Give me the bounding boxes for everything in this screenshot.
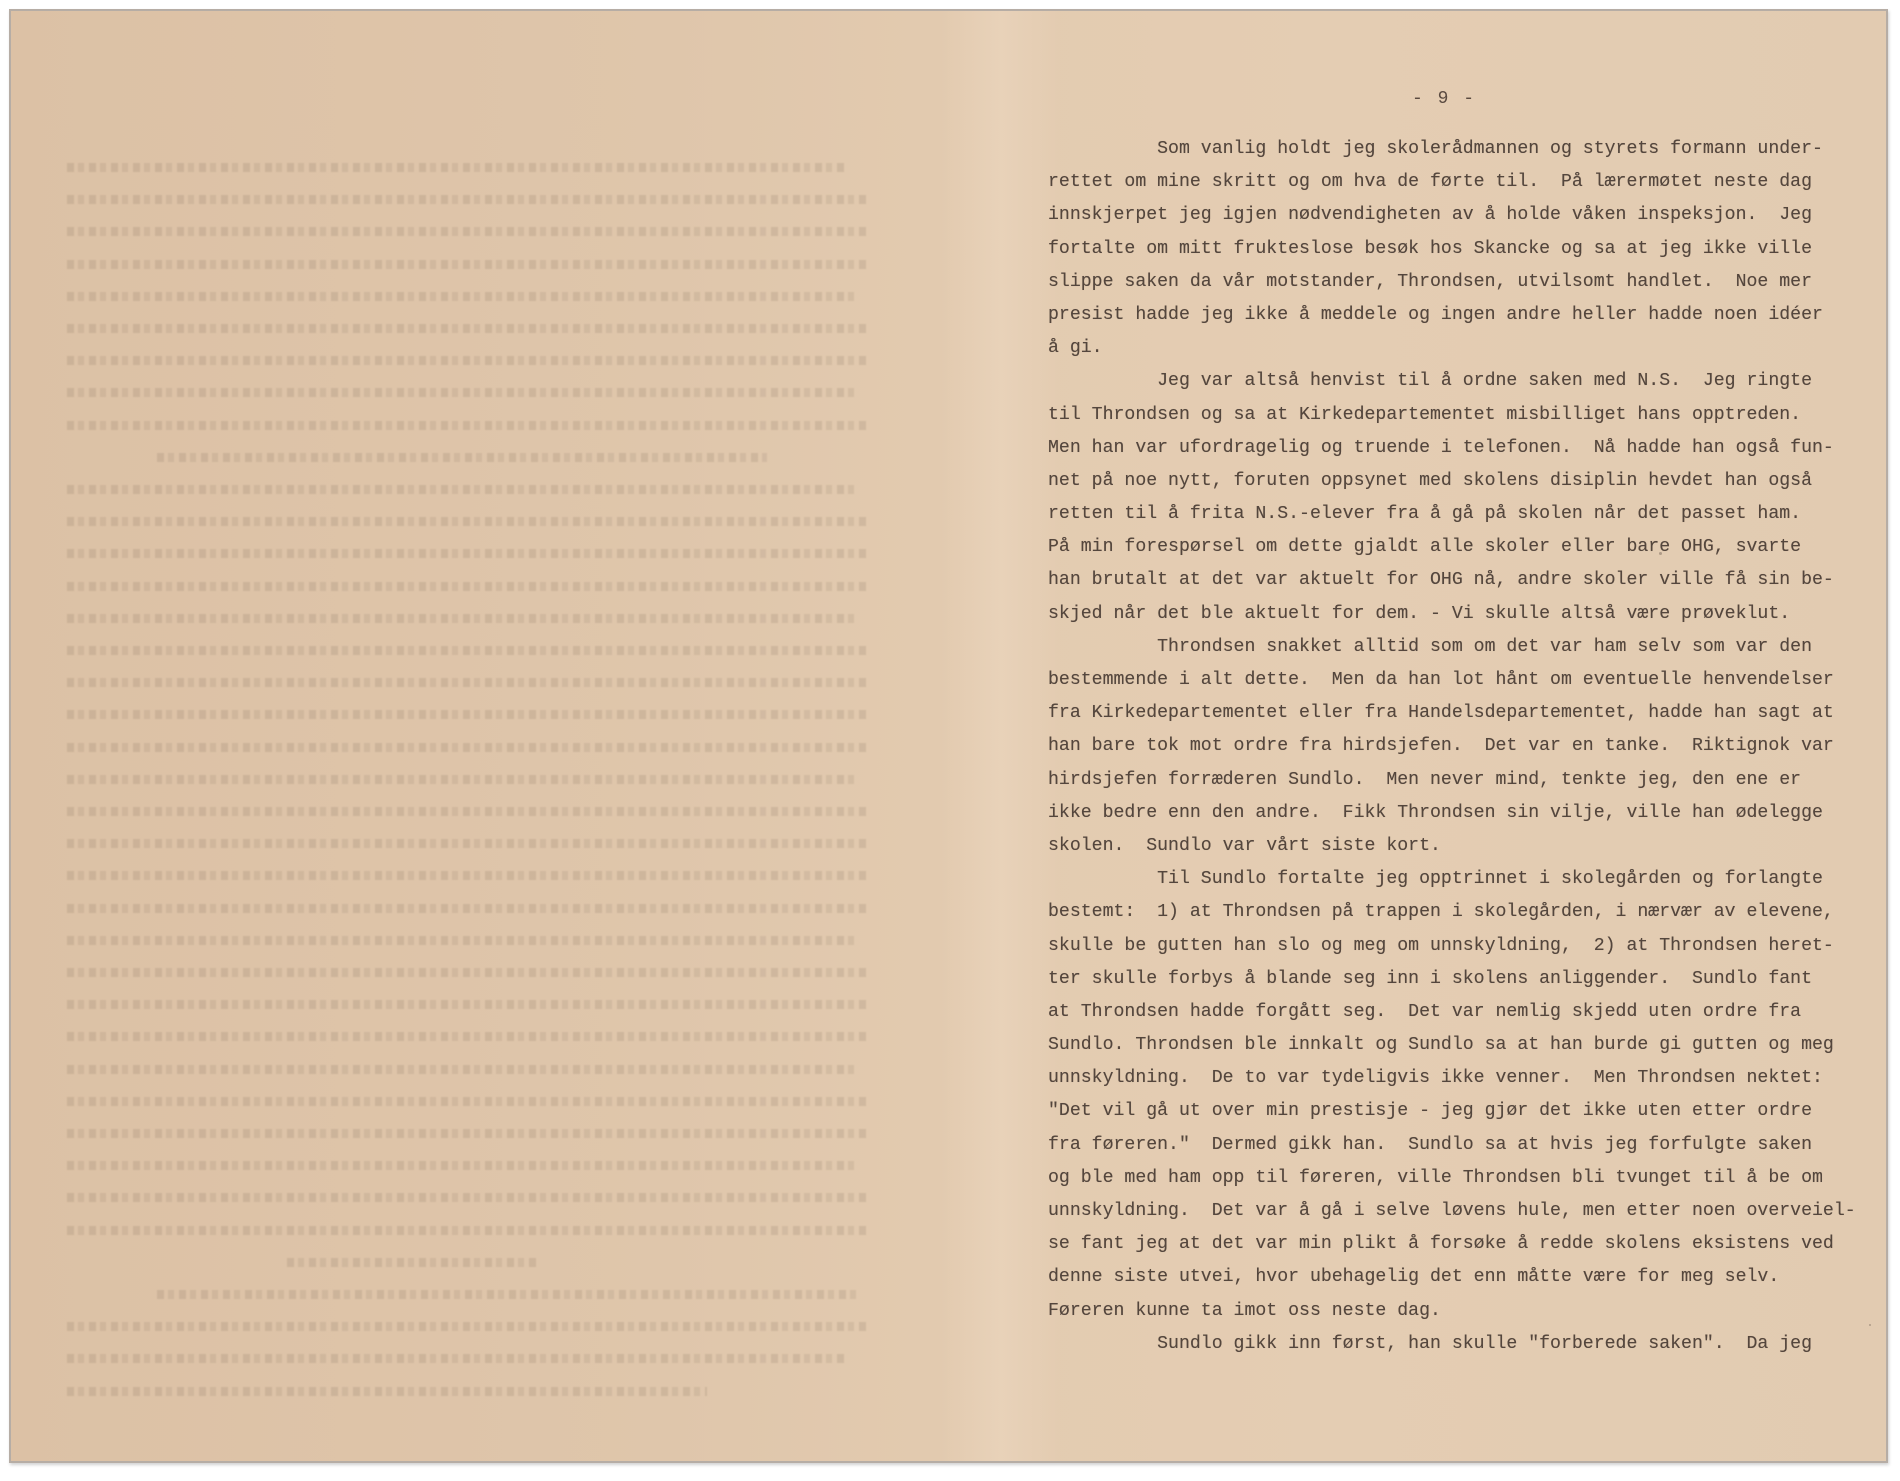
bleed-through-line [67, 356, 867, 365]
bleed-through-line [67, 1129, 867, 1138]
paragraph: Sundlo gikk inn først, han skulle "forbe… [1048, 1328, 1848, 1361]
text-line: hirdsjefen forræderen Sundlo. Men never … [1048, 764, 1848, 797]
bleed-through-line [67, 163, 847, 172]
text-line: net på noe nytt, foruten oppsynet med sk… [1048, 465, 1848, 498]
paragraph: Som vanlig holdt jeg skolerådmannen og s… [1048, 133, 1848, 365]
text-line: Men han var ufordragelig og truende i te… [1048, 432, 1848, 465]
page-number: - 9 - [1412, 89, 1476, 109]
bleed-through-line [287, 1258, 537, 1267]
bleed-through-line [67, 1226, 867, 1235]
bleed-through-line [67, 678, 867, 687]
text-line: han bare tok mot ordre fra hirdsjefen. D… [1048, 730, 1848, 763]
bleed-through-line [67, 388, 857, 397]
paragraph: Til Sundlo fortalte jeg opptrinnet i sko… [1048, 863, 1848, 1328]
text-line: presist hadde jeg ikke å meddele og inge… [1048, 299, 1848, 332]
bleed-through-line [67, 1322, 867, 1331]
bleed-through-line [67, 775, 857, 784]
text-line: slippe saken da vår motstander, Throndse… [1048, 266, 1848, 299]
text-line: han brutalt at det var aktuelt for OHG n… [1048, 564, 1848, 597]
bleed-through-line [67, 324, 867, 333]
bleed-through-line [67, 646, 867, 655]
bleed-through-line [67, 710, 867, 719]
bleed-through-line [157, 1290, 857, 1299]
text-line: Til Sundlo fortalte jeg opptrinnet i sko… [1048, 863, 1848, 896]
paper-speck [1869, 1324, 1871, 1326]
text-line: Jeg var altså henvist til å ordne saken … [1048, 365, 1848, 398]
bleed-through-line [67, 227, 867, 236]
bleed-through-line [67, 195, 867, 204]
text-line: rettet om mine skritt og om hva de førte… [1048, 166, 1848, 199]
text-line: bestemmende i alt dette. Men da han lot … [1048, 664, 1848, 697]
left-page-bleed-through [11, 11, 946, 1461]
text-line: Sundlo gikk inn først, han skulle "forbe… [1048, 1328, 1848, 1361]
text-line: ter skulle forbys å blande seg inn i sko… [1048, 963, 1848, 996]
bleed-through-line [67, 260, 867, 269]
bleed-through-line [67, 1161, 857, 1170]
text-line: Throndsen snakket alltid som om det var … [1048, 631, 1848, 664]
bleed-through-line [67, 1000, 867, 1009]
bleed-through-line [67, 582, 867, 591]
text-line: unnskyldning. De to var tydeligvis ikke … [1048, 1062, 1848, 1095]
text-line: Føreren kunne ta imot oss neste dag. [1048, 1295, 1848, 1328]
paragraph: Throndsen snakket alltid som om det var … [1048, 631, 1848, 863]
scanned-document-spread: - 9 - Som vanlig holdt jeg skolerådmanne… [9, 9, 1888, 1463]
bleed-through-line [67, 517, 867, 526]
bleed-through-line [67, 614, 857, 623]
text-line: fortalte om mitt frukteslose besøk hos S… [1048, 233, 1848, 266]
bleed-through-line [67, 1097, 867, 1106]
bleed-through-line [67, 968, 867, 977]
text-line: at Throndsen hadde forgått seg. Det var … [1048, 996, 1848, 1029]
bleed-through-line [67, 839, 867, 848]
bleed-through-line [67, 871, 867, 880]
bleed-through-line [67, 807, 867, 816]
text-line: bestemt: 1) at Throndsen på trappen i sk… [1048, 896, 1848, 929]
paragraph: Jeg var altså henvist til å ordne saken … [1048, 365, 1848, 631]
bleed-through-line [157, 453, 767, 462]
text-line: unnskyldning. Det var å gå i selve løven… [1048, 1195, 1848, 1228]
text-line: Som vanlig holdt jeg skolerådmannen og s… [1048, 133, 1848, 166]
bleed-through-line [67, 1354, 847, 1363]
bleed-through-line [67, 743, 867, 752]
text-line: På min forespørsel om dette gjaldt alle … [1048, 531, 1848, 564]
text-line: denne siste utvei, hvor ubehagelig det e… [1048, 1261, 1848, 1294]
text-line: ikke bedre enn den andre. Fikk Throndsen… [1048, 797, 1848, 830]
text-line: å gi. [1048, 332, 1848, 365]
text-line: skjed når det ble aktuelt for dem. - Vi … [1048, 598, 1848, 631]
bleed-through-line [67, 292, 857, 301]
typewritten-text-block: Som vanlig holdt jeg skolerådmannen og s… [1048, 133, 1848, 1361]
right-page: - 9 - Som vanlig holdt jeg skolerådmanne… [946, 11, 1886, 1461]
text-line: skolen. Sundlo var vårt siste kort. [1048, 830, 1848, 863]
bleed-through-line [67, 1193, 867, 1202]
text-line: Sundlo. Throndsen ble innkalt og Sundlo … [1048, 1029, 1848, 1062]
bleed-through-line [67, 549, 867, 558]
bleed-through-line [67, 904, 867, 913]
text-line: fra føreren." Dermed gikk han. Sundlo sa… [1048, 1129, 1848, 1162]
text-line: retten til å frita N.S.-elever fra å gå … [1048, 498, 1848, 531]
bleed-through-line [67, 1065, 857, 1074]
bleed-through-line [67, 1032, 867, 1041]
text-line: skulle be gutten han slo og meg om unnsk… [1048, 930, 1848, 963]
text-line: fra Kirkedepartementet eller fra Handels… [1048, 697, 1848, 730]
bleed-through-line [67, 421, 867, 430]
bleed-through-line [67, 936, 857, 945]
text-line: til Throndsen og sa at Kirkedepartemente… [1048, 399, 1848, 432]
paper-speck [1659, 552, 1662, 555]
text-line: "Det vil gå ut over min prestisje - jeg … [1048, 1095, 1848, 1128]
text-line: se fant jeg at det var min plikt å forsø… [1048, 1228, 1848, 1261]
bleed-through-line [67, 485, 857, 494]
text-line: og ble med ham opp til føreren, ville Th… [1048, 1162, 1848, 1195]
text-line: innskjerpet jeg igjen nødvendigheten av … [1048, 199, 1848, 232]
bleed-through-line [67, 1387, 707, 1396]
